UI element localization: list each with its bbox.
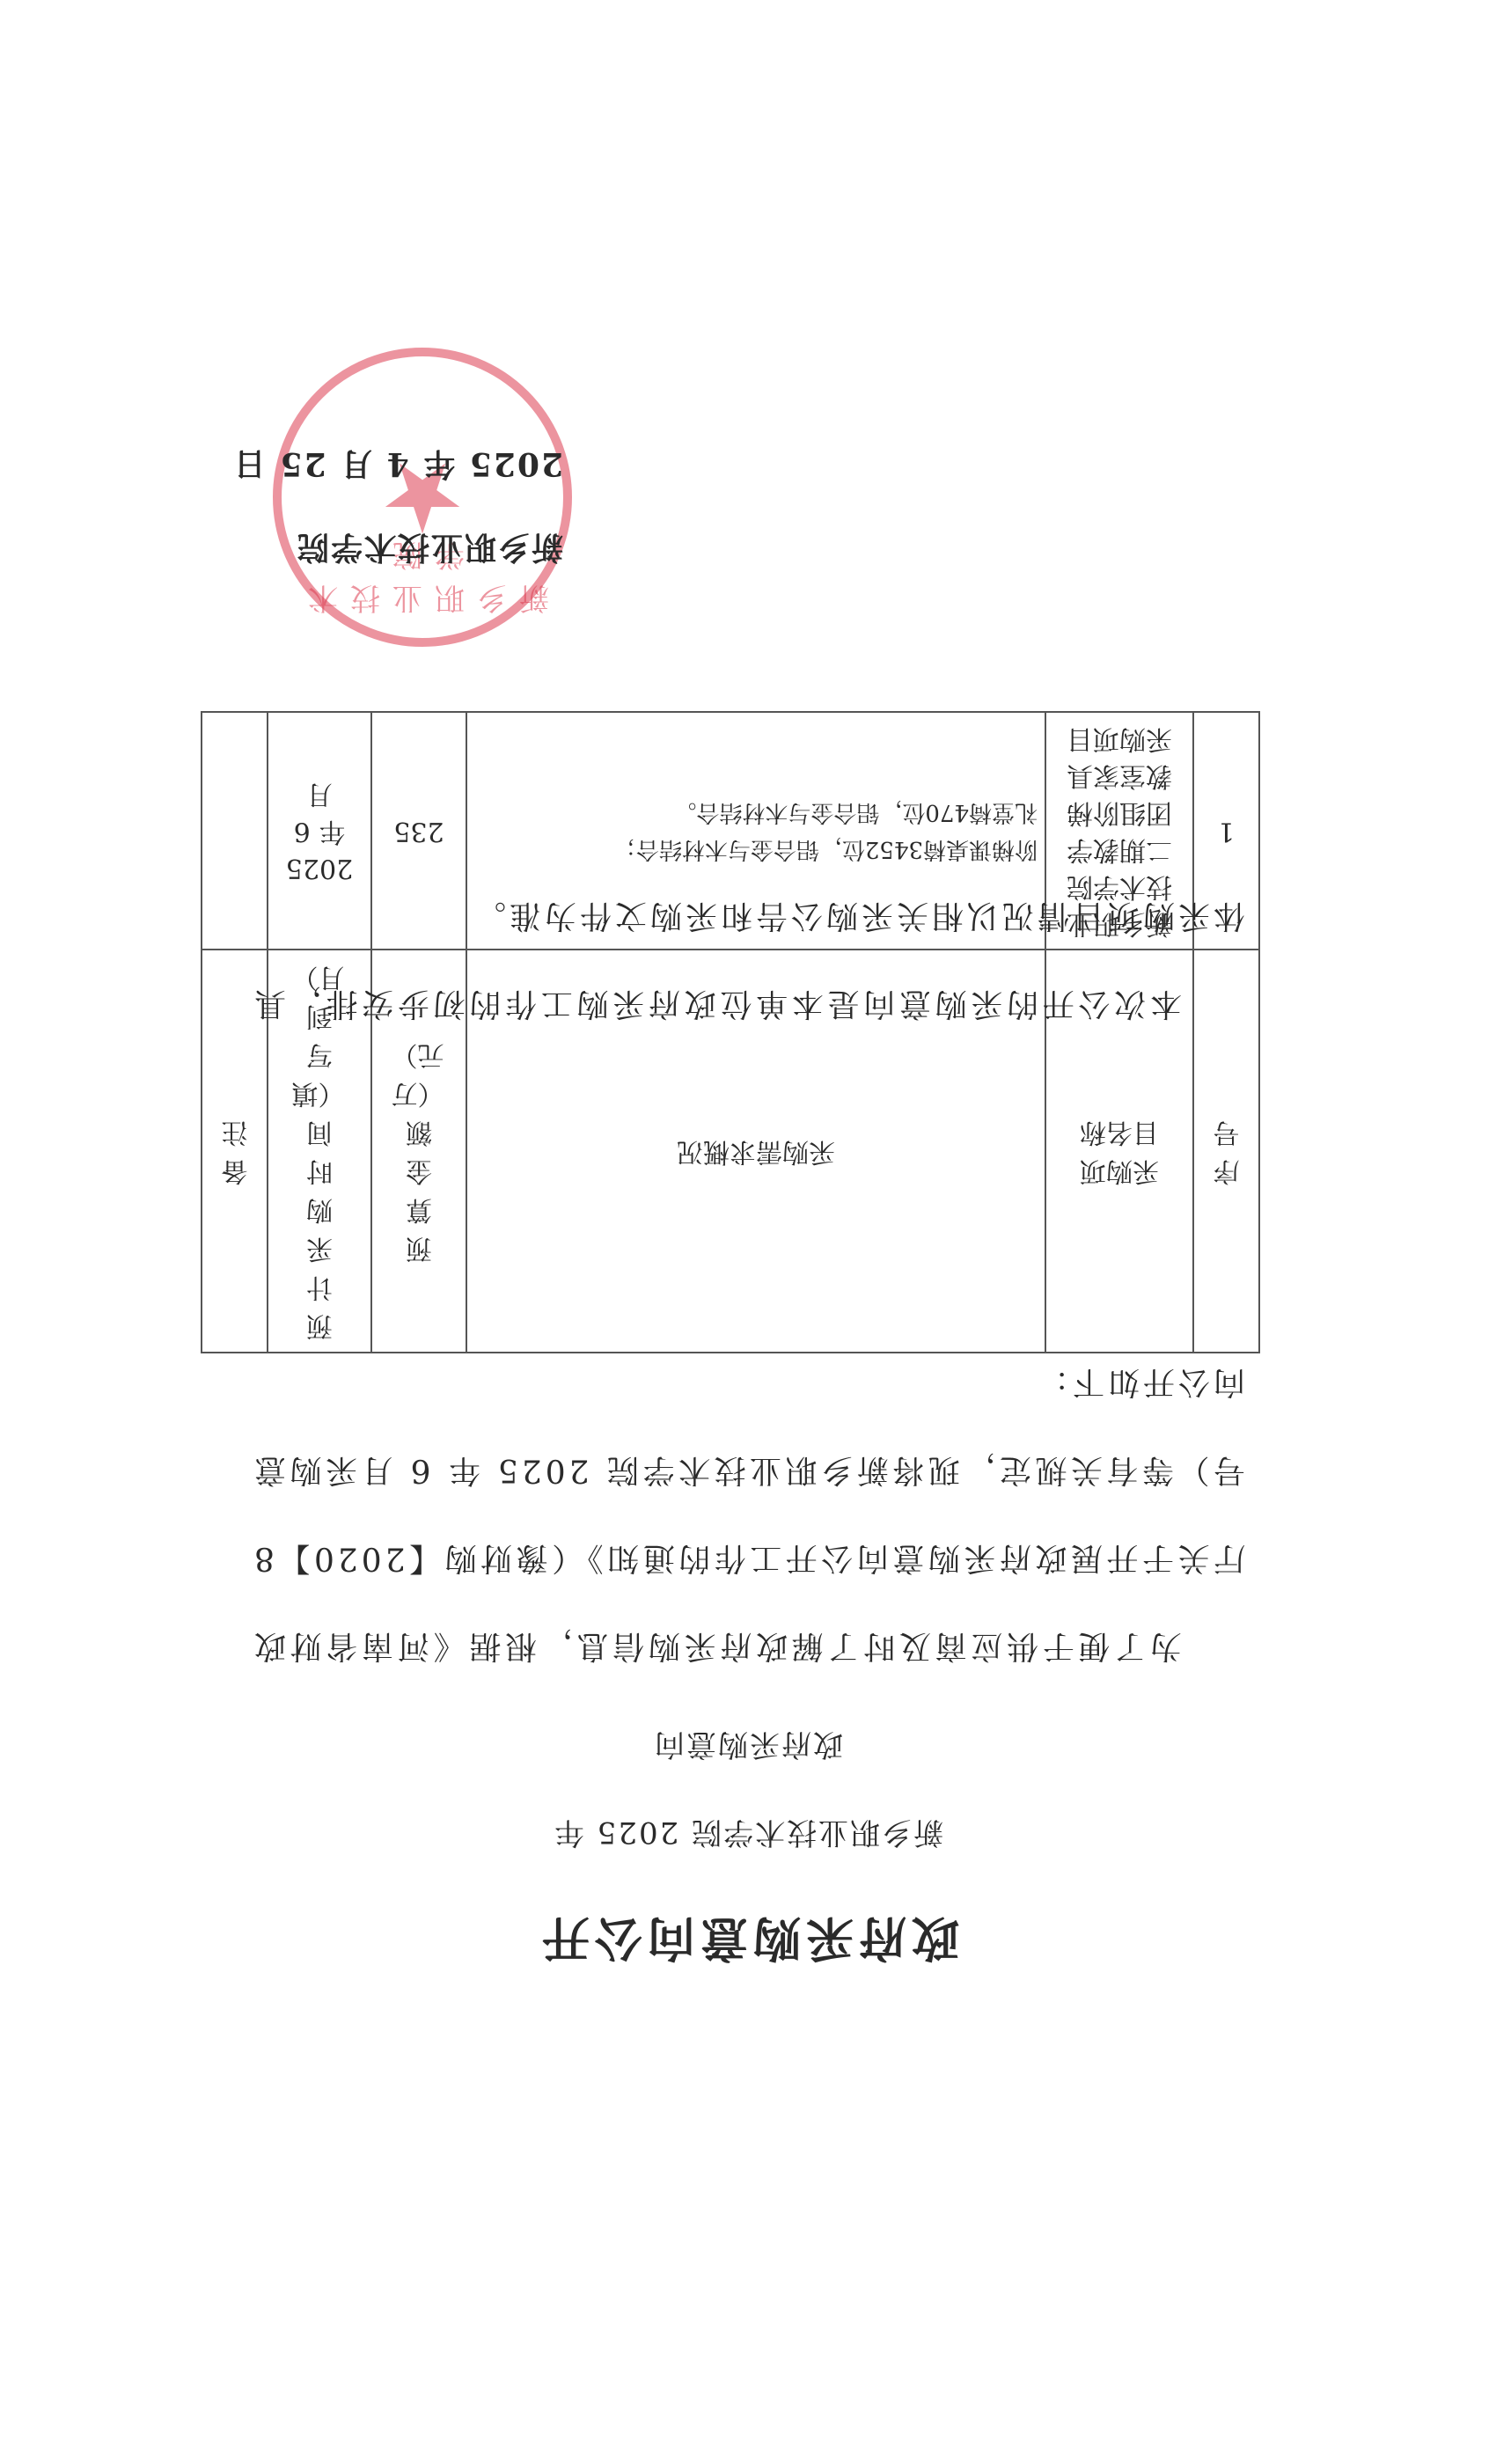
subtitle-procurement-intent: 政府采购意向 (0, 1726, 1496, 1769)
desc-line-1: 阶梯课桌椅3452位，铝合金与木材结合； (474, 831, 1038, 868)
desc-line-2: 礼堂椅470位，铝合金与木材结合。 (474, 794, 1038, 831)
subtitle-institution-year: 新乡职业技术学院 2025 年 (0, 1814, 1496, 1857)
document-page: 政府采购意向公开 新乡职业技术学院 2025 年 政府采购意向 为了便于供应商及… (0, 0, 1496, 2464)
intro-paragraph: 为了便于供应商及时了解政府采购信息，根据《河南省财政厅关于开展政府采购意向公开工… (251, 1338, 1245, 1690)
closing-paragraph: 本次公开的采购意向是本单位政府采购工作的初步安排，具体采购项目情况以相关采购公告… (251, 871, 1245, 1047)
signature-date: 2025 年 4 月 25 日 (232, 444, 563, 488)
signature-organization: 新乡职业技术学院 (296, 527, 563, 572)
document-title: 政府采购意向公开 (0, 1908, 1496, 1976)
official-seal: 新乡职业技术学院 ★ (273, 348, 572, 647)
